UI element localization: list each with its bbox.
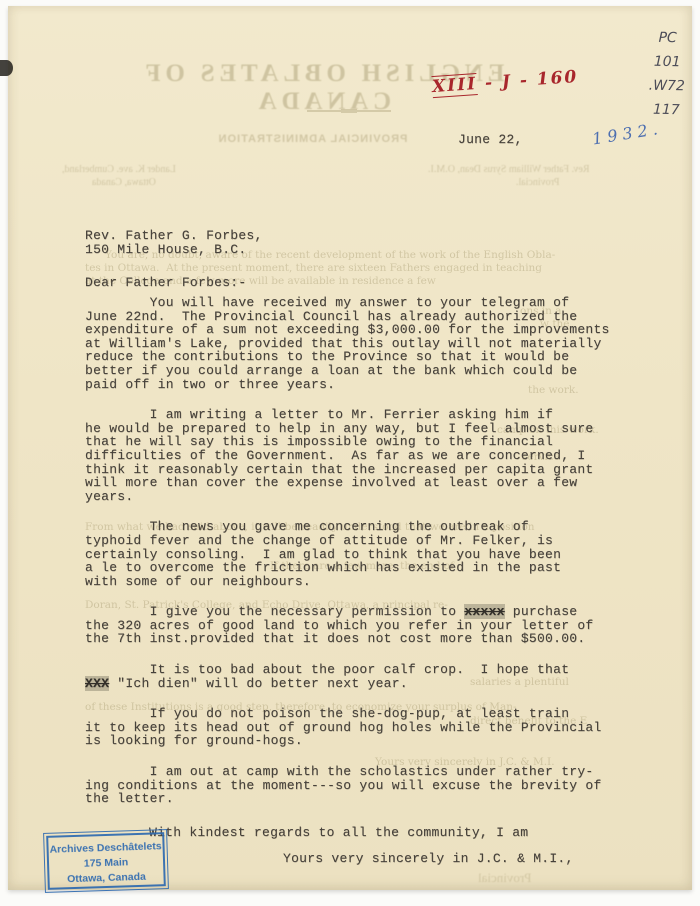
scan-edge-fleck [0,60,13,76]
letter-paragraph: I give you the necessary permission to x… [85,605,645,646]
bleedthrough-letterhead-left: Lander K. ave. Cumberland, Ottawa, Canad… [62,163,176,189]
letter-body: You will have received my answer to your… [85,296,645,823]
pencil-catalog-line: 117 [635,97,697,122]
pencil-catalog-line: .W72 [636,73,698,98]
bleedthrough-subhead: PROVINCIAL ADMINISTRATION [205,133,420,145]
signoff-line: Yours very sincerely in J.C. & M.I., [283,852,574,866]
archive-stamp-line: Ottawa, Canada [49,869,163,888]
letter-paragraph: I am out at camp with the scholastics un… [85,765,645,806]
bleedthrough-letterhead-right: Rev. Father William Syrus Dean, O.M.I. P… [428,163,590,189]
letter-paragraph: You will have received my answer to your… [85,296,645,391]
bleedthrough-rule [307,110,391,112]
archive-stamp: Archives Deschâtelets175 MainOttawa, Can… [46,832,166,890]
overstruck-word: XXX [85,676,109,691]
letter-paragraph: The news you gave me concerning the outb… [85,520,645,588]
date-line: June 22, [458,133,523,147]
salutation: Dear Father Forbes:- [85,276,246,290]
recipient-address: Rev. Father G. Forbes, 150 Mile House, B… [85,229,263,256]
letter-paragraph: It is too bad about the poor calf crop. … [85,663,645,690]
scanned-letter-page: ENGLISH OBLATES OF CANADA PROVINCIAL ADM… [0,0,700,906]
bleedthrough-bottom-word: Provincial [478,870,531,886]
pencil-catalog-line: 101 [636,49,698,74]
pencil-catalog-line: PC [636,25,698,50]
red-file-number-roman: XIII [431,73,477,98]
overstruck-word: xxxxx [464,604,504,619]
letter-paragraph: I am writing a letter to Mr. Ferrier ask… [85,408,645,503]
closing-line: With kindest regards to all the communit… [149,826,528,840]
pencil-catalog-number: PC101.W72117 [635,25,699,122]
bleedthrough-fragment: tes in Ottawa. At the present moment, th… [85,262,542,274]
letter-paragraph: If you do not poison the she-dog-pup, at… [85,707,645,748]
